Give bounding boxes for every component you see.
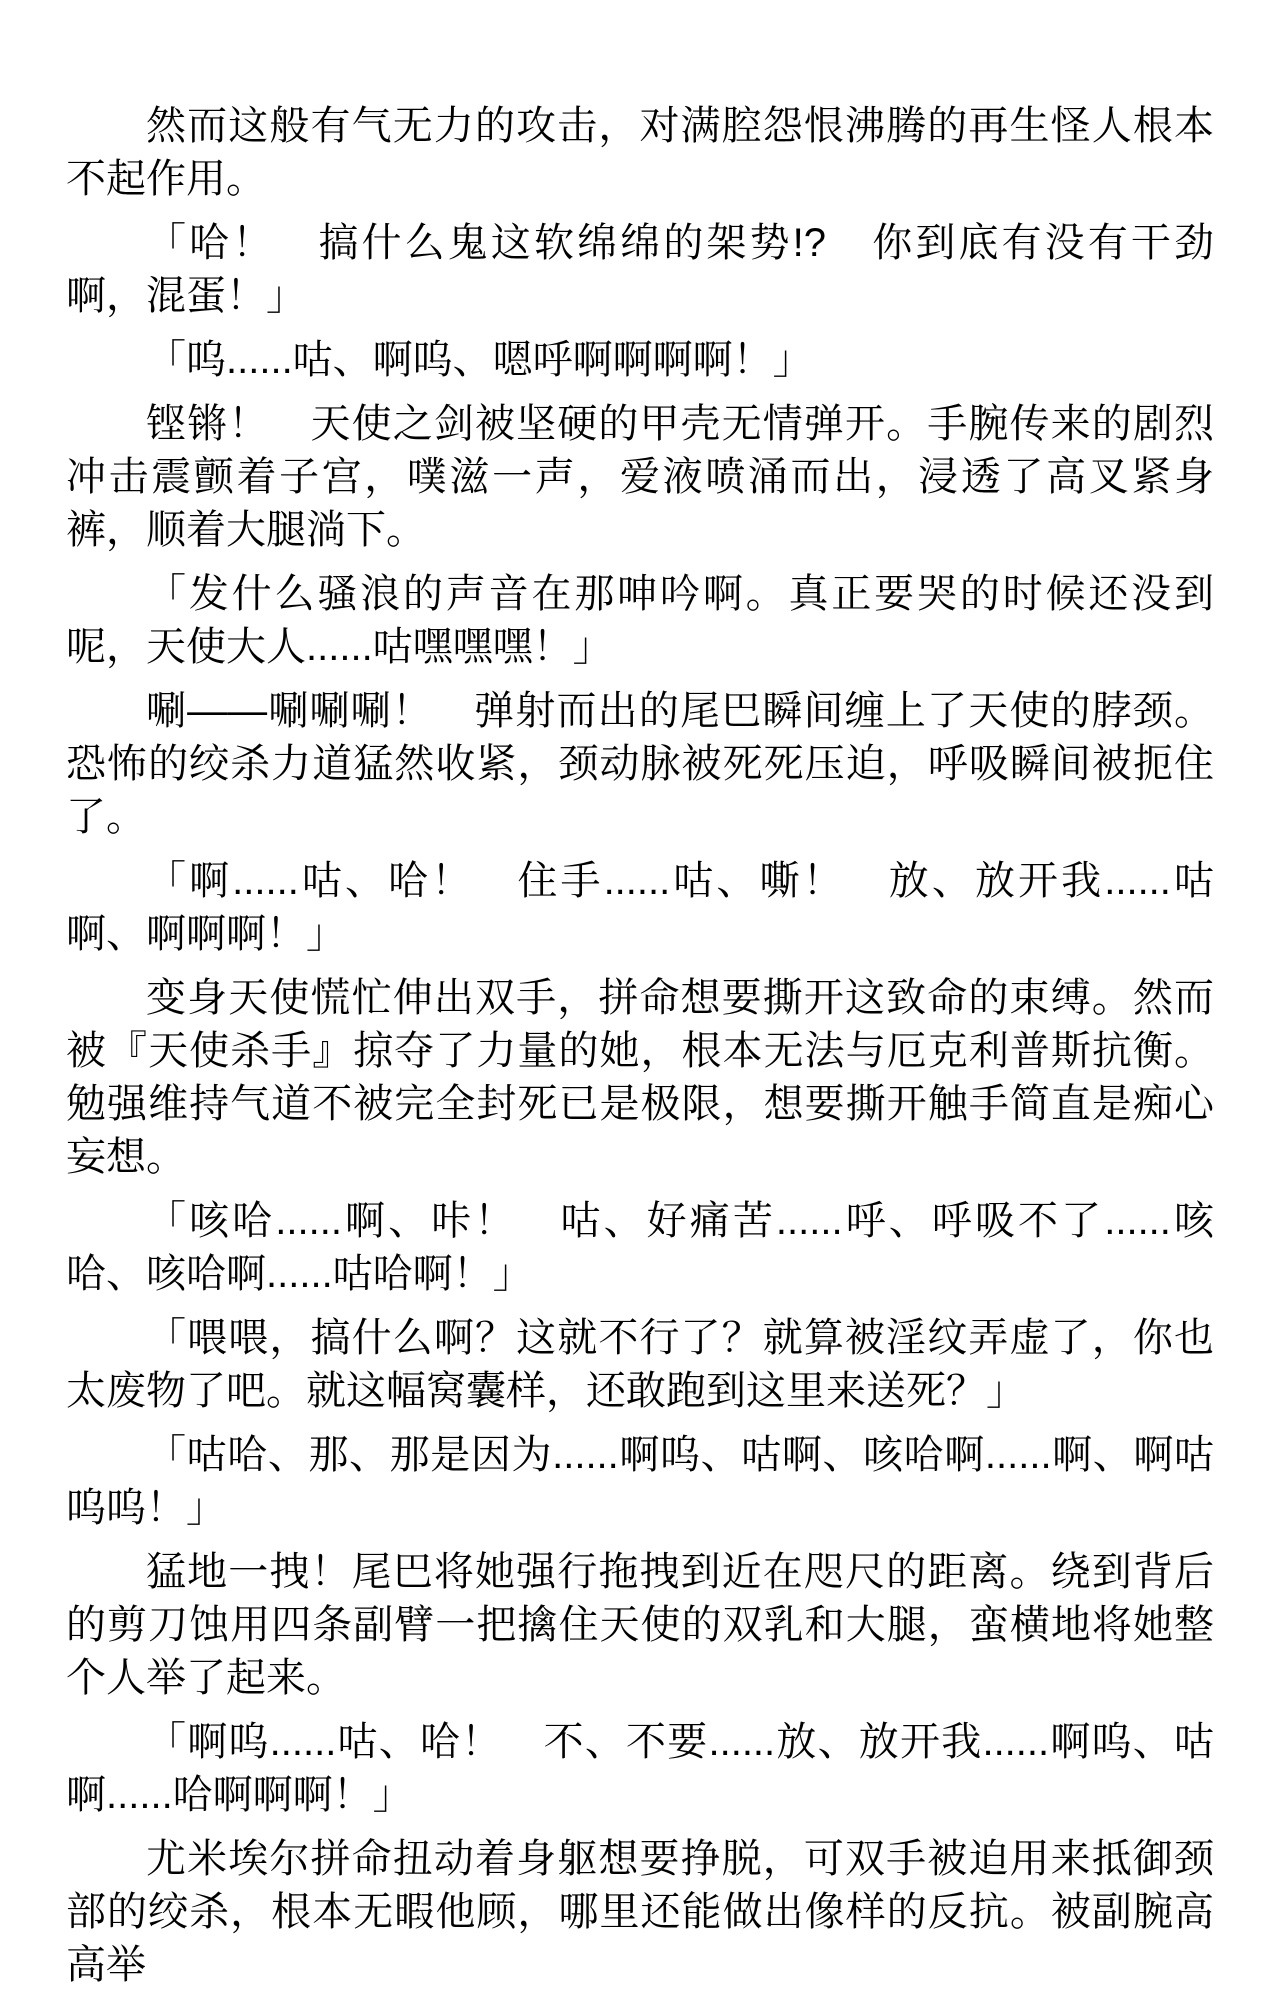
paragraph-dialogue: 「啊呜......咕、哈！ 不、不要......放、放开我......啊呜、咕啊… <box>66 1716 1214 1822</box>
paragraph-narration: 铿锵！ 天使之剑被坚硬的甲壳无情弹开。手腕传来的剧烈冲击震颤着子宫，噗滋一声，爱… <box>66 398 1214 557</box>
paragraph-narration: 尤米埃尔拼命扭动着身躯想要挣脱，可双手被迫用来抵御颈部的绞杀，根本无暇他顾，哪里… <box>66 1833 1214 1992</box>
paragraph-dialogue: 「咕哈、那、那是因为......啊呜、咕啊、咳哈啊......啊、啊咕呜呜！」 <box>66 1429 1214 1535</box>
paragraph-dialogue: 「咳哈......啊、咔！ 咕、好痛苦......呼、呼吸不了......咳哈、… <box>66 1195 1214 1301</box>
paragraph-dialogue: 「喂喂，搞什么啊？这就不行了？就算被淫纹弄虚了，你也太废物了吧。就这幅窝囊样，还… <box>66 1312 1214 1418</box>
novel-text-page: 然而这般有气无力的攻击，对满腔怨恨沸腾的再生怪人根本不起作用。 「哈！ 搞什么鬼… <box>0 0 1280 1998</box>
paragraph-narration: 变身天使慌忙伸出双手，拼命想要撕开这致命的束缚。然而被『天使杀手』掠夺了力量的她… <box>66 972 1214 1184</box>
paragraph-narration: 然而这般有气无力的攻击，对满腔怨恨沸腾的再生怪人根本不起作用。 <box>66 100 1214 206</box>
paragraph-dialogue: 「呜......咕、啊呜、嗯呼啊啊啊啊！」 <box>66 334 1214 387</box>
paragraph-dialogue: 「发什么骚浪的声音在那呻吟啊。真正要哭的时候还没到呢，天使大人......咕嘿嘿… <box>66 568 1214 674</box>
paragraph-narration: 猛地一拽！尾巴将她强行拖拽到近在咫尺的距离。绕到背后的剪刀蚀用四条副臂一把擒住天… <box>66 1546 1214 1705</box>
paragraph-dialogue: 「啊......咕、哈！ 住手......咕、嘶！ 放、放开我......咕啊、… <box>66 855 1214 961</box>
paragraph-narration: 唰——唰唰唰！ 弹射而出的尾巴瞬间缠上了天使的脖颈。恐怖的绞杀力道猛然收紧，颈动… <box>66 685 1214 844</box>
paragraph-dialogue: 「哈！ 搞什么鬼这软绵绵的架势!? 你到底有没有干劲啊，混蛋！」 <box>66 217 1214 323</box>
